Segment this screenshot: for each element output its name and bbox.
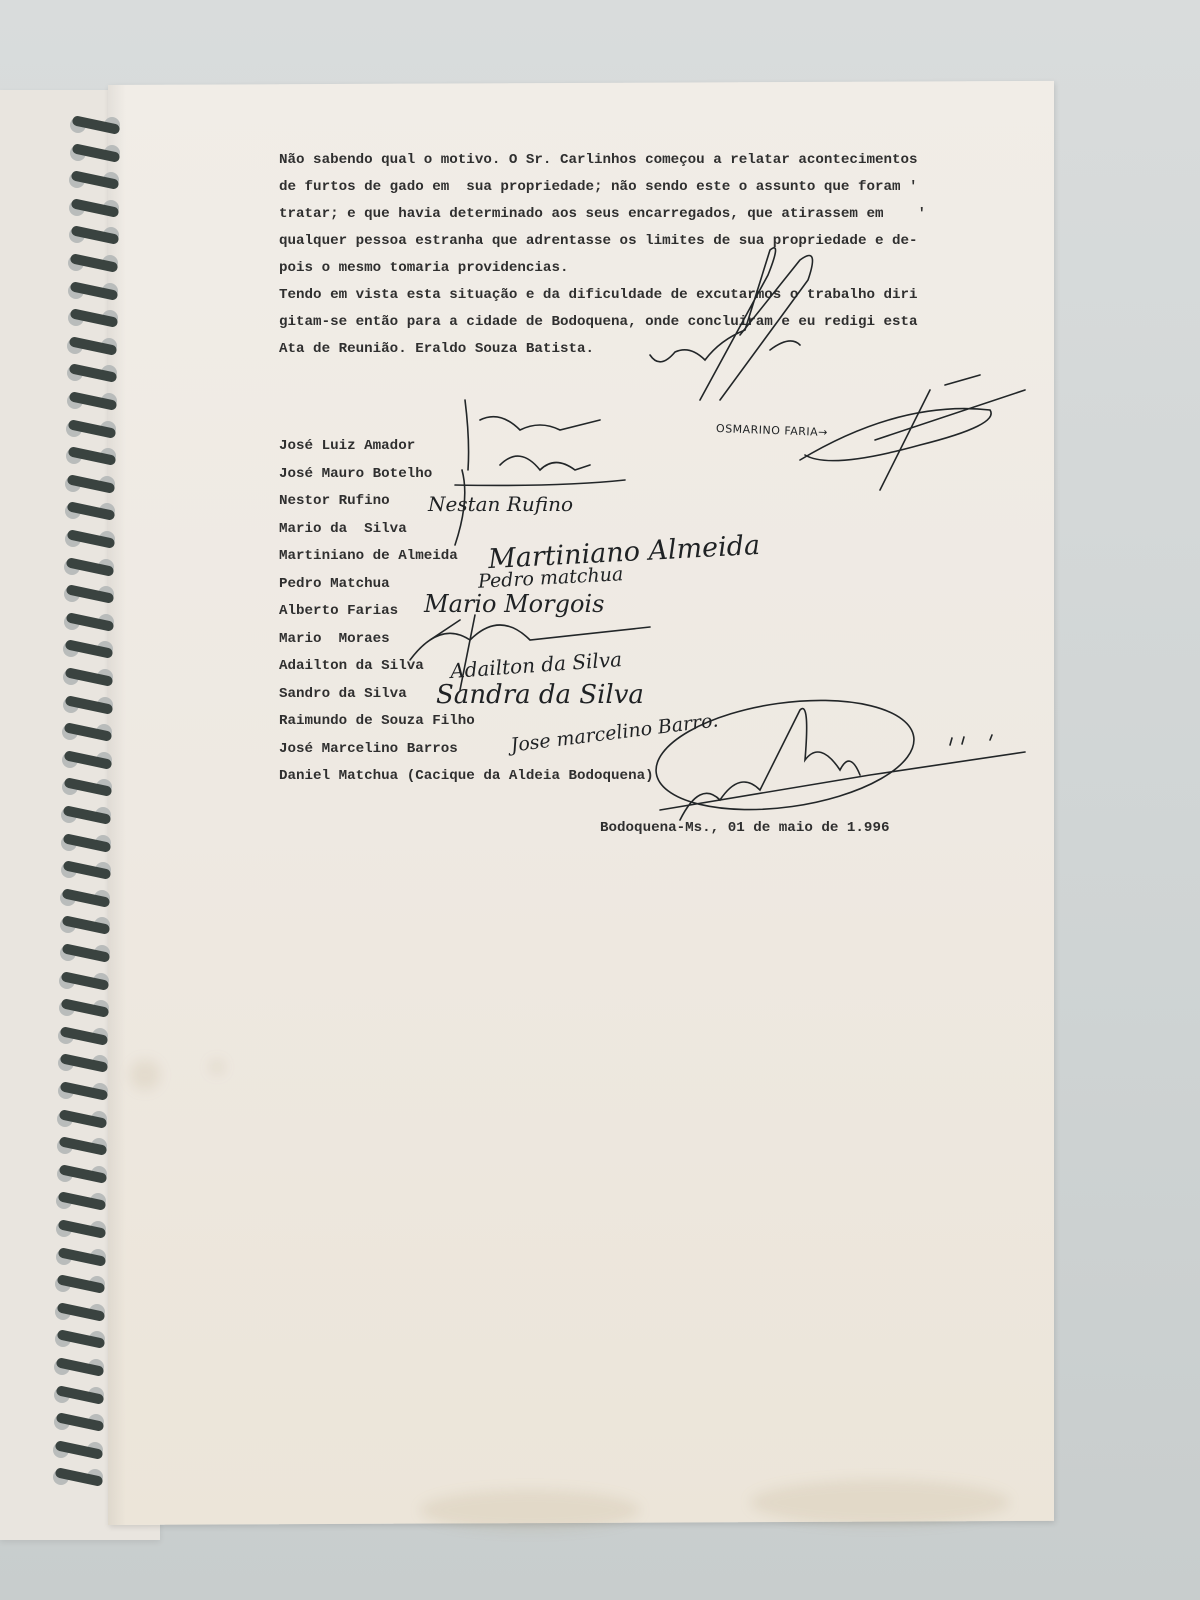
signatory-name: José Luiz Amador — [279, 433, 654, 461]
spiral-coil — [35, 225, 125, 247]
spiral-coil — [27, 805, 117, 827]
spiral-coil — [20, 1357, 110, 1379]
spiral-coil — [23, 1164, 113, 1186]
spiral-coil — [22, 1247, 112, 1269]
spiral-coil — [22, 1219, 112, 1241]
handwritten-sandro: Sandra da Silva — [436, 680, 644, 710]
spiral-coil — [30, 584, 120, 606]
spiral-coil — [20, 1412, 110, 1434]
spiral-coil — [34, 253, 124, 275]
spiral-coil — [36, 115, 126, 137]
meeting-minutes-paragraph: Não sabendo qual o motivo. O Sr. Carlinh… — [279, 147, 999, 363]
spiral-coil — [33, 336, 123, 358]
spiral-coil — [26, 943, 116, 965]
spiral-coil — [28, 777, 118, 799]
paragraph-line: de furtos de gado em sua propriedade; nã… — [279, 174, 999, 201]
spiral-coil — [30, 557, 120, 579]
paragraph-line: Não sabendo qual o motivo. O Sr. Carlinh… — [279, 147, 999, 174]
spiral-coil — [31, 501, 121, 523]
spiral-coil — [29, 695, 119, 717]
spiral-coil — [24, 1081, 114, 1103]
paper-stain — [130, 1060, 160, 1090]
signatory-name: José Mauro Botelho — [279, 461, 654, 489]
spiral-coil — [24, 1026, 114, 1048]
paragraph-line: gitam-se então para a cidade de Bodoquen… — [279, 309, 999, 336]
spiral-coil — [28, 750, 118, 772]
spiral-coil — [29, 639, 119, 661]
spiral-coil — [25, 998, 115, 1020]
handwritten-nestor-rufino: Nestan Rufino — [428, 492, 573, 516]
spiral-coil — [21, 1329, 111, 1351]
paragraph-line: qualquer pessoa estranha que adrentasse … — [279, 228, 999, 255]
place-and-date: Bodoquena-Ms., 01 de maio de 1.996 — [600, 820, 889, 836]
signatory-name: Daniel Matchua (Cacique da Aldeia Bodoqu… — [279, 763, 654, 791]
spiral-coil — [35, 170, 125, 192]
spiral-coil — [21, 1302, 111, 1324]
spiral-coil — [36, 143, 126, 165]
spiral-coil — [23, 1109, 113, 1131]
spiral-coil — [26, 888, 116, 910]
spiral-binding — [36, 115, 126, 1495]
paragraph-line: Tendo em vista esta situação e da dificu… — [279, 282, 999, 309]
spiral-coil — [32, 446, 122, 468]
paragraph-line: pois o mesmo tomaria providencias. — [279, 255, 999, 282]
spiral-coil — [27, 833, 117, 855]
spiral-coil — [24, 1053, 114, 1075]
paper-stain — [210, 1060, 224, 1074]
paper-stain — [750, 1480, 1010, 1525]
spiral-coil — [28, 722, 118, 744]
spiral-coil — [29, 667, 119, 689]
spiral-coil — [26, 915, 116, 937]
spiral-coil — [19, 1467, 109, 1489]
spiral-coil — [25, 971, 115, 993]
spiral-coil — [23, 1136, 113, 1158]
spiral-coil — [33, 391, 123, 413]
paragraph-line: Ata de Reunião. Eraldo Souza Batista. — [279, 336, 999, 363]
spiral-coil — [27, 860, 117, 882]
spiral-coil — [35, 198, 125, 220]
spiral-coil — [22, 1191, 112, 1213]
paper-stain — [420, 1490, 640, 1530]
spiral-coil — [31, 529, 121, 551]
spiral-coil — [21, 1274, 111, 1296]
spiral-coil — [19, 1440, 109, 1462]
spiral-coil — [33, 363, 123, 385]
spiral-coil — [32, 419, 122, 441]
spiral-coil — [30, 612, 120, 634]
paragraph-line: tratar; e que havia determinado aos seus… — [279, 201, 999, 228]
spiral-coil — [20, 1385, 110, 1407]
spiral-coil — [34, 308, 124, 330]
spiral-coil — [31, 474, 121, 496]
handwritten-mario-moraes: Mario Morgois — [424, 590, 604, 618]
spiral-coil — [34, 281, 124, 303]
